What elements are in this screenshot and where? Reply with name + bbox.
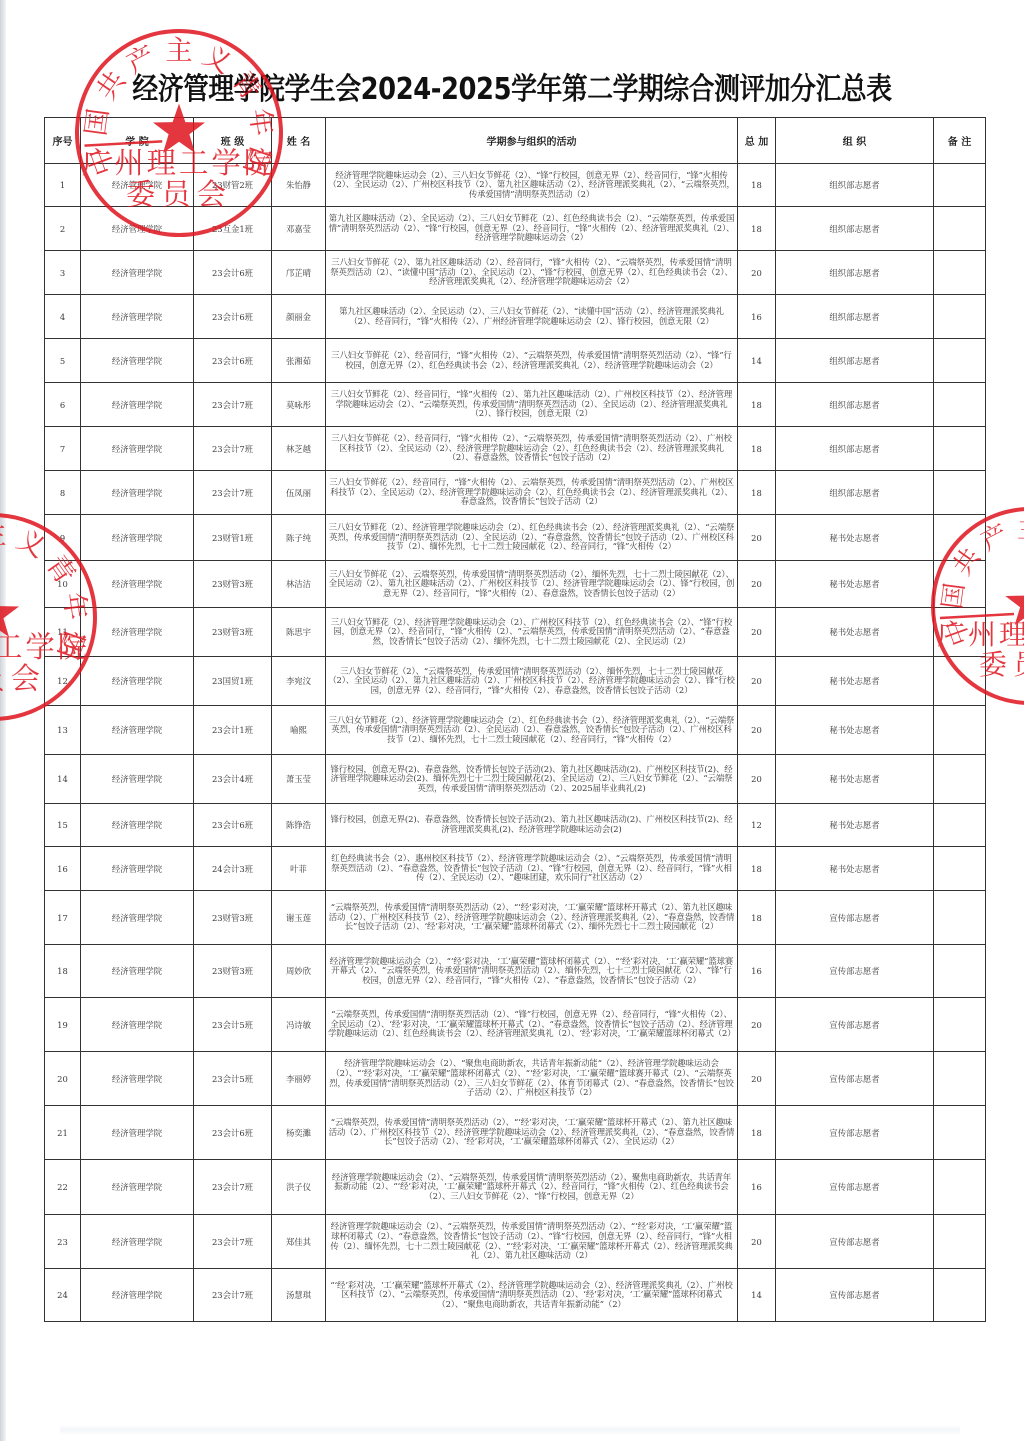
class-cell: 23互金1班 — [194, 207, 272, 251]
row-number: 24 — [45, 1269, 81, 1322]
remarks-cell — [934, 164, 986, 207]
total-points: 18 — [738, 164, 776, 207]
activities-cell: 经济管理学院趣味运动会（2）、“聚焦电商助新农，共话青年振新动能”（2）、经济管… — [326, 1052, 738, 1106]
total-points: 16 — [738, 945, 776, 998]
scan-edge — [0, 0, 6, 1441]
remarks-cell — [934, 847, 986, 891]
activities-cell: “云端祭英烈，传承爱国情”清明祭英烈活动（2）、“‘经’彩对决，‘工’赢荣耀”篮… — [326, 891, 738, 945]
total-points: 20 — [738, 561, 776, 608]
activities-cell: 经济管理学院趣味运动会（2）、“云端祭英烈，传承爱国情”清明祭英烈活动（2）、“… — [326, 1215, 738, 1269]
total-points: 14 — [738, 1269, 776, 1322]
college-cell: 经济管理学院 — [81, 561, 194, 608]
college-cell: 经济管理学院 — [81, 251, 194, 295]
row-number: 14 — [45, 755, 81, 804]
remarks-cell — [934, 427, 986, 471]
college-cell: 经济管理学院 — [81, 945, 194, 998]
college-cell: 经济管理学院 — [81, 1052, 194, 1106]
college-cell: 经济管理学院 — [81, 706, 194, 755]
total-points: 20 — [738, 1052, 776, 1106]
class-cell: 23财管2班 — [194, 164, 272, 207]
table-row: 24经济管理学院23会计7班汤慧琪“‘经’彩对决，‘工’赢荣耀”篮球杯开幕式（2… — [45, 1269, 986, 1322]
activities-cell: 三八妇女节鲜花（2）、云端祭英烈，传承爱国情“清明祭英烈活动（2）、缅怀先烈，七… — [326, 561, 738, 608]
row-number: 19 — [45, 998, 81, 1052]
header-name: 姓 名 — [272, 118, 326, 164]
table-row: 4经济管理学院23会计6班颜丽金第九社区趣味活动（2）、全民运动（2）、三八妇女… — [45, 295, 986, 339]
organization-cell: 秘书处志愿者 — [776, 755, 934, 804]
row-number: 7 — [45, 427, 81, 471]
row-number: 9 — [45, 515, 81, 561]
student-name: 邝芷晴 — [272, 251, 326, 295]
table-row: 8经济管理学院23会计7班伍凤丽三八妇女节鲜花（2）、经音同行，“锋”火相传（2… — [45, 471, 986, 515]
total-points: 18 — [738, 383, 776, 427]
table-row: 13经济管理学院23会计1班喻熙三八妇女节鲜花（2）、经济管理学院趣味运动会（2… — [45, 706, 986, 755]
remarks-cell — [934, 1160, 986, 1215]
activities-cell: 三八妇女节鲜花（2）、经济管理学院趣味运动会（2）、红色经典读书会（2）、经济管… — [326, 706, 738, 755]
organization-cell: 宣传部志愿者 — [776, 945, 934, 998]
header-organization: 组 织 — [776, 118, 934, 164]
total-points: 20 — [738, 608, 776, 657]
total-points: 20 — [738, 755, 776, 804]
remarks-cell — [934, 471, 986, 515]
activities-cell: 经济管理学院趣味运动会（2）、“云端祭英烈，传承爱国情”清明祭英烈活动（2）、聚… — [326, 1160, 738, 1215]
svg-text:委员会: 委员会 — [0, 661, 46, 695]
header-college: 学 院 — [81, 118, 194, 164]
table-row: 6经济管理学院23会计7班莫咏彤三八妇女节鲜花（2）、经音同行，“锋”火相传（2… — [45, 383, 986, 427]
total-points: 16 — [738, 295, 776, 339]
organization-cell: 组织部志愿者 — [776, 383, 934, 427]
organization-cell: 组织部志愿者 — [776, 164, 934, 207]
organization-cell: 宣传部志愿者 — [776, 1160, 934, 1215]
total-points: 20 — [738, 657, 776, 706]
organization-cell: 宣传部志愿者 — [776, 891, 934, 945]
table-row: 11经济管理学院23财管3班陈思宇三八妇女节鲜花（2）、经济管理学院趣味运动会（… — [45, 608, 986, 657]
table-row: 22经济管理学院23会计7班洪子仪经济管理学院趣味运动会（2）、“云端祭英烈，传… — [45, 1160, 986, 1215]
remarks-cell — [934, 891, 986, 945]
document-title: 经济管理学院学生会2024-2025学年第二学期综合测评加分汇总表 — [72, 64, 953, 108]
table-row: 5经济管理学院23会计6班张湘茹三八妇女节鲜花（2）、经音同行，“锋”火相传（2… — [45, 339, 986, 383]
row-number: 1 — [45, 164, 81, 207]
header-no: 序号 — [45, 118, 81, 164]
college-cell: 经济管理学院 — [81, 891, 194, 945]
college-cell: 经济管理学院 — [81, 515, 194, 561]
class-cell: 24会计3班 — [194, 847, 272, 891]
total-points: 18 — [738, 847, 776, 891]
activities-cell: 第九社区趣味活动（2）、全民运动（2）、三八妇女节鲜花（2）、红色经典读书会（2… — [326, 207, 738, 251]
header-class: 班 级 — [194, 118, 272, 164]
class-cell: 23财管3班 — [194, 891, 272, 945]
activities-cell: 红色经典读书会（2）、惠州校区科技节（2）、经济管理学院趣味运动会（2）、“云端… — [326, 847, 738, 891]
college-cell: 经济管理学院 — [81, 608, 194, 657]
class-cell: 23会计1班 — [194, 706, 272, 755]
class-cell: 23会计7班 — [194, 1269, 272, 1322]
class-cell: 23财管1班 — [194, 515, 272, 561]
remarks-cell — [934, 383, 986, 427]
student-name: 萧玉莹 — [272, 755, 326, 804]
class-cell: 23会计6班 — [194, 339, 272, 383]
organization-cell: 组织部志愿者 — [776, 339, 934, 383]
remarks-cell — [934, 608, 986, 657]
total-points: 18 — [738, 427, 776, 471]
activities-cell: 三八妇女节鲜花（2）、经音同行，“锋”火相传（2）、“云端祭英烈，传承爱国情”清… — [326, 339, 738, 383]
student-name: 李宛汶 — [272, 657, 326, 706]
table-row: 17经济管理学院23财管3班谢玉莲“云端祭英烈，传承爱国情”清明祭英烈活动（2）… — [45, 891, 986, 945]
activities-cell: 三八妇女节鲜花（2）、第九社区趣味活动（2）、经音同行，“锋”火相传（2）、“云… — [326, 251, 738, 295]
college-cell: 经济管理学院 — [81, 1215, 194, 1269]
college-cell: 经济管理学院 — [81, 339, 194, 383]
organization-cell: 秘书处志愿者 — [776, 706, 934, 755]
row-number: 23 — [45, 1215, 81, 1269]
college-cell: 经济管理学院 — [81, 471, 194, 515]
class-cell: 23会计6班 — [194, 804, 272, 847]
total-points: 18 — [738, 891, 776, 945]
student-name: 陈子纯 — [272, 515, 326, 561]
organization-cell: 秘书处志愿者 — [776, 847, 934, 891]
college-cell: 经济管理学院 — [81, 804, 194, 847]
row-number: 22 — [45, 1160, 81, 1215]
organization-cell: 组织部志愿者 — [776, 251, 934, 295]
organization-cell: 秘书处志愿者 — [776, 561, 934, 608]
activities-cell: “云端祭英烈，传承爱国情”清明祭英烈活动（2）、“‘经’彩对决，‘工’赢荣耀”篮… — [326, 1106, 738, 1160]
total-points: 12 — [738, 804, 776, 847]
table-row: 7经济管理学院23会计7班林芝越三八妇女节鲜花（2）、经音同行，“锋”火相传（2… — [45, 427, 986, 471]
activities-cell: 三八妇女节鲜花（2）、经音同行，“锋”火相传（2）、第九社区趣味活动（2）、广州… — [326, 383, 738, 427]
remarks-cell — [934, 207, 986, 251]
college-cell: 经济管理学院 — [81, 657, 194, 706]
class-cell: 23会计7班 — [194, 427, 272, 471]
organization-cell: 秘书处志愿者 — [776, 657, 934, 706]
header-activities: 学期参与组织的活动 — [326, 118, 738, 164]
remarks-cell — [934, 1269, 986, 1322]
college-cell: 经济管理学院 — [81, 1269, 194, 1322]
organization-cell: 宣传部志愿者 — [776, 1215, 934, 1269]
remarks-cell — [934, 561, 986, 608]
total-points: 16 — [738, 1160, 776, 1215]
student-name: 陈思宇 — [272, 608, 326, 657]
college-cell: 经济管理学院 — [81, 998, 194, 1052]
total-points: 20 — [738, 706, 776, 755]
total-points: 18 — [738, 207, 776, 251]
class-cell: 23会计5班 — [194, 998, 272, 1052]
row-number: 5 — [45, 339, 81, 383]
class-cell: 23会计7班 — [194, 1160, 272, 1215]
table-row: 21经济管理学院23会计6班杨奕濉“云端祭英烈，传承爱国情”清明祭英烈活动（2）… — [45, 1106, 986, 1160]
total-points: 18 — [738, 471, 776, 515]
organization-cell: 组织部志愿者 — [776, 427, 934, 471]
table-row: 18经济管理学院23财管3班周妙欣经济管理学院趣味运动会（2）、“‘经’彩对决，… — [45, 945, 986, 998]
student-name: 林芝越 — [272, 427, 326, 471]
organization-cell: 宣传部志愿者 — [776, 1052, 934, 1106]
table-row: 2经济管理学院23互金1班邓嘉莹第九社区趣味活动（2）、全民运动（2）、三八妇女… — [45, 207, 986, 251]
remarks-cell — [934, 515, 986, 561]
table-row: 1经济管理学院23财管2班朱怡静经济管理学院趣味运动会（2）、三八妇女节鲜花（2… — [45, 164, 986, 207]
class-cell: 23会计7班 — [194, 1215, 272, 1269]
activities-cell: 第九社区趣味活动（2）、全民运动（2）、三八妇女节鲜花（2）、“读懂中国”活动（… — [326, 295, 738, 339]
table-header-row: 序号 学 院 班 级 姓 名 学期参与组织的活动 总 加 组 织 备 注 — [45, 118, 986, 164]
remarks-cell — [934, 706, 986, 755]
remarks-cell — [934, 945, 986, 998]
organization-cell: 宣传部志愿者 — [776, 1269, 934, 1322]
class-cell: 23国贸1班 — [194, 657, 272, 706]
student-name: 周妙欣 — [272, 945, 326, 998]
table-row: 20经济管理学院23会计5班李丽婷经济管理学院趣味运动会（2）、“聚焦电商助新农… — [45, 1052, 986, 1106]
activities-cell: 三八妇女节鲜花（2）、经济管理学院趣味运动会（2）、广州校区科技节（2）、红色经… — [326, 608, 738, 657]
class-cell: 23会计6班 — [194, 1106, 272, 1160]
remarks-cell — [934, 1052, 986, 1106]
student-name: 杨奕濉 — [272, 1106, 326, 1160]
activities-cell: 锋行校园，创意无界(2)、春意盎然，饺香情长包饺子活动(2)、第九社区趣味活动(… — [326, 804, 738, 847]
class-cell: 23财管3班 — [194, 608, 272, 657]
activities-cell: 经济管理学院趣味运动会（2）、三八妇女节鲜花（2）、“锋”行校园，创意无界（2）… — [326, 164, 738, 207]
header-remarks: 备 注 — [934, 118, 986, 164]
row-number: 2 — [45, 207, 81, 251]
row-number: 21 — [45, 1106, 81, 1160]
total-points: 20 — [738, 1215, 776, 1269]
class-cell: 23会计7班 — [194, 471, 272, 515]
row-number: 6 — [45, 383, 81, 427]
college-cell: 经济管理学院 — [81, 1106, 194, 1160]
student-name: 洪子仪 — [272, 1160, 326, 1215]
total-points: 20 — [738, 251, 776, 295]
class-cell: 23财管3班 — [194, 561, 272, 608]
activities-cell: 三八妇女节鲜花（2）、经济管理学院趣味运动会（2）、红色经典读书会（2）、经济管… — [326, 515, 738, 561]
organization-cell: 组织部志愿者 — [776, 207, 934, 251]
student-name: 汤慧琪 — [272, 1269, 326, 1322]
table-row: 19经济管理学院23会计5班冯诗敏“云端祭英烈，传承爱国情”清明祭英烈活动（2）… — [45, 998, 986, 1052]
organization-cell: 组织部志愿者 — [776, 295, 934, 339]
remarks-cell — [934, 804, 986, 847]
svg-text:主: 主 — [1017, 515, 1024, 545]
table-row: 16经济管理学院24会计3班叶菲红色经典读书会（2）、惠州校区科技节（2）、经济… — [45, 847, 986, 891]
remarks-cell — [934, 998, 986, 1052]
table-row: 10经济管理学院23财管3班林洁洁三八妇女节鲜花（2）、云端祭英烈，传承爱国情“… — [45, 561, 986, 608]
organization-cell: 秘书处志愿者 — [776, 515, 934, 561]
scan-artifact — [60, 1425, 960, 1435]
total-points: 20 — [738, 515, 776, 561]
college-cell: 经济管理学院 — [81, 1160, 194, 1215]
points-summary-table: 序号 学 院 班 级 姓 名 学期参与组织的活动 总 加 组 织 备 注 1经济… — [44, 117, 986, 1322]
activities-cell: 三八妇女节鲜花（2）、“云端祭英烈，传承爱国情”清明祭英烈活动（2）、缅怀先烈，… — [326, 657, 738, 706]
row-number: 15 — [45, 804, 81, 847]
row-number: 16 — [45, 847, 81, 891]
college-cell: 经济管理学院 — [81, 383, 194, 427]
student-name: 陈铮浩 — [272, 804, 326, 847]
header-points: 总 加 — [738, 118, 776, 164]
remarks-cell — [934, 295, 986, 339]
activities-cell: 锋行校园，创意无界(2)、春意盎然，饺香情长包饺子活动(2)、第九社区趣味活动(… — [326, 755, 738, 804]
student-name: 李丽婷 — [272, 1052, 326, 1106]
college-cell: 经济管理学院 — [81, 295, 194, 339]
activities-cell: 三八妇女节鲜花（2）、经音同行，“锋”火相传（2）、“云端祭英烈，传承爱国情”清… — [326, 427, 738, 471]
remarks-cell — [934, 755, 986, 804]
remarks-cell — [934, 251, 986, 295]
student-name: 冯诗敏 — [272, 998, 326, 1052]
class-cell: 23会计4班 — [194, 755, 272, 804]
student-name: 谢玉莲 — [272, 891, 326, 945]
student-name: 喻熙 — [272, 706, 326, 755]
total-points: 20 — [738, 998, 776, 1052]
student-name: 邓嘉莹 — [272, 207, 326, 251]
class-cell: 23会计6班 — [194, 295, 272, 339]
class-cell: 23会计5班 — [194, 1052, 272, 1106]
college-cell: 经济管理学院 — [81, 755, 194, 804]
student-name: 张湘茹 — [272, 339, 326, 383]
table-row: 3经济管理学院23会计6班邝芷晴三八妇女节鲜花（2）、第九社区趣味活动（2）、经… — [45, 251, 986, 295]
row-number: 3 — [45, 251, 81, 295]
total-points: 18 — [738, 1106, 776, 1160]
student-name: 郑佳其 — [272, 1215, 326, 1269]
table-row: 15经济管理学院23会计6班陈铮浩锋行校园，创意无界(2)、春意盎然，饺香情长包… — [45, 804, 986, 847]
organization-cell: 组织部志愿者 — [776, 471, 934, 515]
class-cell: 23会计6班 — [194, 251, 272, 295]
remarks-cell — [934, 1106, 986, 1160]
row-number: 10 — [45, 561, 81, 608]
college-cell: 经济管理学院 — [81, 427, 194, 471]
organization-cell: 宣传部志愿者 — [776, 1106, 934, 1160]
student-name: 伍凤丽 — [272, 471, 326, 515]
remarks-cell — [934, 339, 986, 383]
organization-cell: 秘书处志愿者 — [776, 804, 934, 847]
college-cell: 经济管理学院 — [81, 164, 194, 207]
activities-cell: “云端祭英烈，传承爱国情”清明祭英烈活动（2）、“锋”行校园，创意无界（2）、经… — [326, 998, 738, 1052]
college-cell: 经济管理学院 — [81, 847, 194, 891]
row-number: 8 — [45, 471, 81, 515]
row-number: 12 — [45, 657, 81, 706]
row-number: 4 — [45, 295, 81, 339]
organization-cell: 秘书处志愿者 — [776, 608, 934, 657]
table-row: 14经济管理学院23会计4班萧玉莹锋行校园，创意无界(2)、春意盎然，饺香情长包… — [45, 755, 986, 804]
student-name: 颜丽金 — [272, 295, 326, 339]
activities-cell: 经济管理学院趣味运动会（2）、“‘经’彩对决，‘工’赢荣耀”篮球杯闭幕式（2）、… — [326, 945, 738, 998]
college-cell: 经济管理学院 — [81, 207, 194, 251]
class-cell: 23财管3班 — [194, 945, 272, 998]
class-cell: 23会计7班 — [194, 383, 272, 427]
student-name: 叶菲 — [272, 847, 326, 891]
row-number: 20 — [45, 1052, 81, 1106]
remarks-cell — [934, 657, 986, 706]
student-name: 林洁洁 — [272, 561, 326, 608]
row-number: 13 — [45, 706, 81, 755]
remarks-cell — [934, 1215, 986, 1269]
activities-cell: 三八妇女节鲜花（2）、经音同行，“锋”火相传（2）、云端祭英烈，传承爱国情“清明… — [326, 471, 738, 515]
svg-text:主: 主 — [165, 36, 192, 67]
table-body: 1经济管理学院23财管2班朱怡静经济管理学院趣味运动会（2）、三八妇女节鲜花（2… — [45, 164, 986, 1322]
table-row: 9经济管理学院23财管1班陈子纯三八妇女节鲜花（2）、经济管理学院趣味运动会（2… — [45, 515, 986, 561]
total-points: 14 — [738, 339, 776, 383]
activities-cell: “‘经’彩对决，‘工’赢荣耀”篮球杯开幕式（2）、经济管理学院趣味运动会（2）、… — [326, 1269, 738, 1322]
student-name: 莫咏彤 — [272, 383, 326, 427]
student-name: 朱怡静 — [272, 164, 326, 207]
organization-cell: 宣传部志愿者 — [776, 998, 934, 1052]
row-number: 11 — [45, 608, 81, 657]
row-number: 17 — [45, 891, 81, 945]
row-number: 18 — [45, 945, 81, 998]
table-row: 12经济管理学院23国贸1班李宛汶三八妇女节鲜花（2）、“云端祭英烈，传承爱国情… — [45, 657, 986, 706]
table-row: 23经济管理学院23会计7班郑佳其经济管理学院趣味运动会（2）、“云端祭英烈，传… — [45, 1215, 986, 1269]
